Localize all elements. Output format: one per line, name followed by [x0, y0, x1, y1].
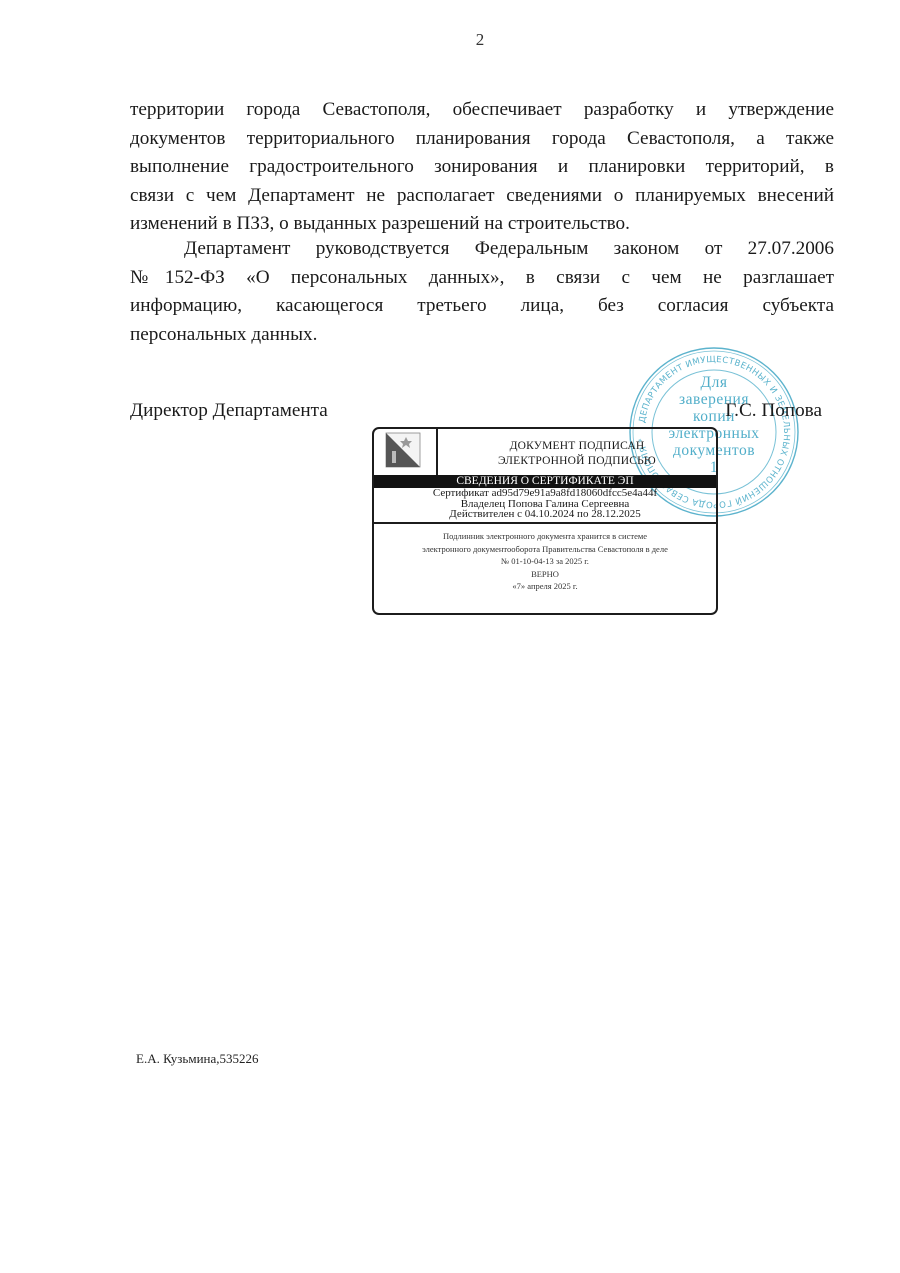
signature-heading: ДОКУМЕНТ ПОДПИСАН ЭЛЕКТРОННОЙ ПОДПИСЬЮ [438, 439, 716, 469]
certificate-validity: Действителен с 04.10.2024 по 28.12.2025 [374, 509, 716, 520]
text-line: информацию, касающегося третьего лица, б… [130, 292, 834, 321]
storage-note: Подлинник электронного документа хранитс… [374, 530, 716, 593]
sevastopol-coat-of-arms-icon [374, 429, 438, 475]
signatory-name: Г.С. Попова [710, 400, 822, 422]
divider [374, 522, 716, 524]
stamp-line: Для [628, 374, 800, 391]
header-line: ДОКУМЕНТ ПОДПИСАН [438, 439, 716, 454]
paragraph-1: территории города Севастополя, обеспечив… [130, 96, 834, 239]
certificate-id: Сертификат ad95d79e91a9a8fd18060dfcc5e4a… [374, 488, 716, 499]
signature-header: ДОКУМЕНТ ПОДПИСАН ЭЛЕКТРОННОЙ ПОДПИСЬЮ [374, 429, 716, 475]
text-line: территории города Севастополя, обеспечив… [130, 96, 834, 125]
text-line: Департамент руководствуется Федеральным … [184, 238, 834, 259]
note-line: электронного документооборота Правительс… [374, 543, 716, 556]
text-line-indented: Департамент руководствуется Федеральным … [130, 235, 834, 264]
text-line: выполнение градостроительного зонировани… [130, 153, 834, 182]
signatory-position: Директор Департамента [130, 400, 328, 422]
paragraph-2: Департамент руководствуется Федеральным … [130, 235, 834, 349]
electronic-signature-block: ДОКУМЕНТ ПОДПИСАН ЭЛЕКТРОННОЙ ПОДПИСЬЮ С… [372, 427, 718, 615]
page-number: 2 [0, 30, 900, 50]
text-line: документов территориального планирования… [130, 125, 834, 154]
executor-contact: Е.А. Кузьмина,535226 [136, 1051, 259, 1067]
text-line: №152-ФЗ «О персональных данных», в связи… [130, 264, 834, 293]
text-line: связи с чем Департамент не располагает с… [130, 182, 834, 211]
note-line: ВЕРНО [374, 568, 716, 581]
header-line: ЭЛЕКТРОННОЙ ПОДПИСЬЮ [438, 454, 716, 469]
note-line: № 01-10-04-13 за 2025 г. [374, 555, 716, 568]
note-line: Подлинник электронного документа хранитс… [374, 530, 716, 543]
certificate-details: Сертификат ad95d79e91a9a8fd18060dfcc5e4a… [374, 488, 716, 520]
note-line: «7» апреля 2025 г. [374, 580, 716, 593]
